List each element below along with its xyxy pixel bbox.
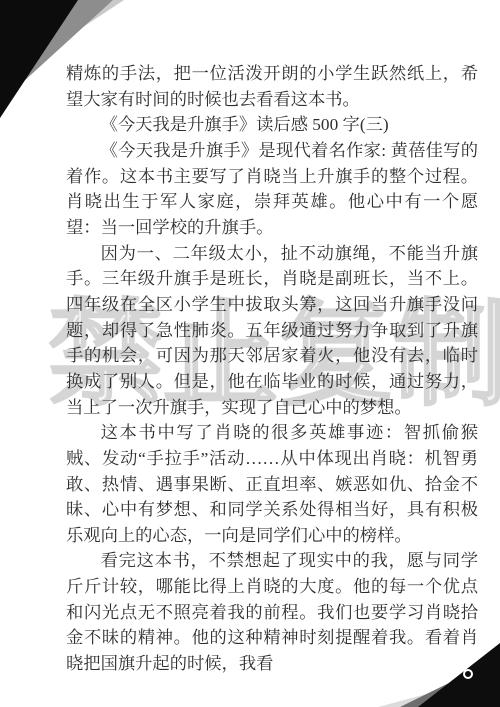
document-body: 精炼的手法，把一位活泼开朗的小学生跃然纸上，希望大家有时间的时候也去看看这本书。… [66,61,478,677]
paragraph-intro: 《今天我是升旗手》是现代着名作家: 黄蓓佳写的着作。这本书主要写了肖晓当上升旗手… [66,138,478,241]
paragraph-continuation: 精炼的手法，把一位活泼开朗的小学生跃然纸上，希望大家有时间的时候也去看看这本书。 [66,61,478,112]
ring-ornament [463,669,473,679]
document-page: 禁止复制 精炼的手法，把一位活泼开朗的小学生跃然纸上，希望大家有时间的时候也去看… [0,0,500,707]
section-heading: 《今天我是升旗手》读后感 500 字(三) [66,112,478,138]
paragraph-hero-deeds: 这本书中写了肖晓的很多英雄事迹：智抓偷猴贼、发动“手拉手”活动……从中体现出肖晓… [66,420,478,548]
paragraph-reflection: 看完这本书，不禁想起了现实中的我，愿与同学斤斤计较，哪能比得上肖晓的大度。他的每… [66,548,478,676]
paragraph-story: 因为一、二年级太小，扯不动旗绳，不能当升旗手。三年级升旗手是班长，肖晓是副班长，… [66,241,478,421]
